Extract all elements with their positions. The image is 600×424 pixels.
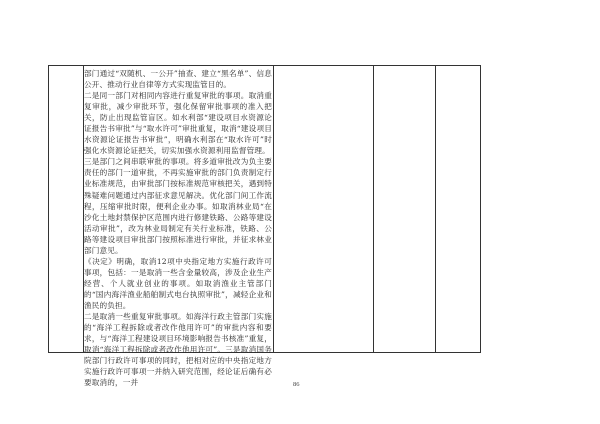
paragraph: 《决定》明确，取消12项中央指定地方实施行政许可事项，包括：一是取消一些含金量较… [84, 256, 272, 311]
column-divider [435, 66, 436, 352]
column-divider [373, 66, 374, 352]
paragraph: 三是部门之间串联审批的事项。将多道审批改为负主要责任的部门一道审批，不再实施审批… [84, 156, 272, 255]
paragraph: 二是取消一些重复审批事项。如海洋行政主管部门实施的“海洋工程拆除或者改作他用许可… [84, 311, 272, 388]
paragraph: 部门通过“双随机、一公开”抽查、建立“黑名单”、信息公开、推动行业自律等方式实现… [84, 68, 272, 90]
document-table: 部门通过“双随机、一公开”抽查、建立“黑名单”、信息公开、推动行业自律等方式实现… [48, 65, 481, 353]
column-divider [273, 66, 274, 352]
page-number: 86 [293, 381, 300, 388]
paragraph: 二是同一部门对相同内容进行重复审批的事项。取消重复审批，减少审批环节，强化保留审… [84, 90, 272, 156]
table-cell-content: 部门通过“双随机、一公开”抽查、建立“黑名单”、信息公开、推动行业自律等方式实现… [84, 68, 272, 388]
